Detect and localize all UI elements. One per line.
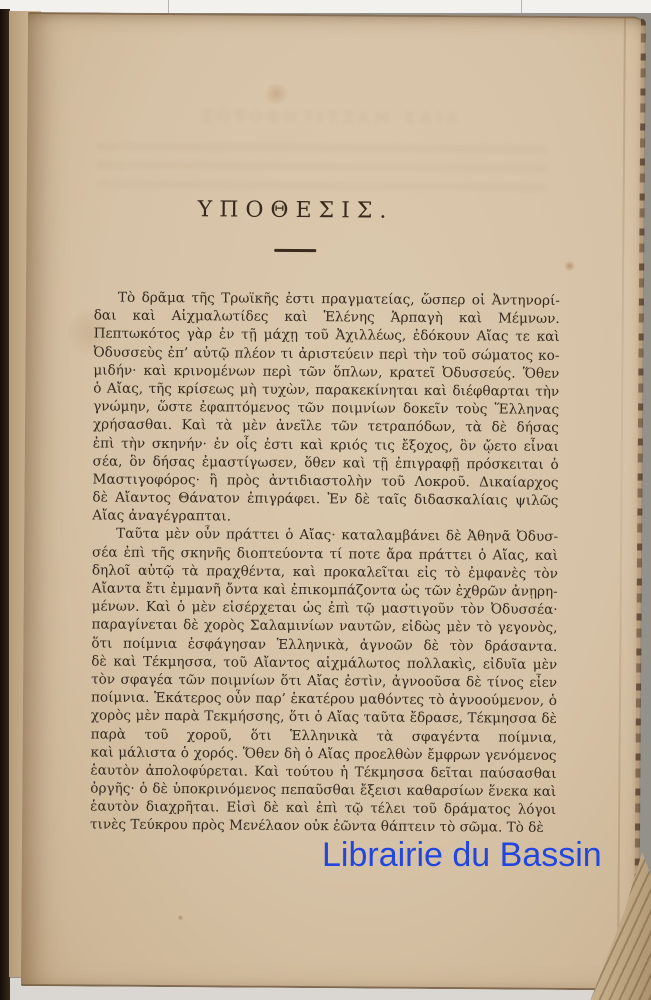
background-seam [168,0,169,13]
verso-show-through-paragraph [97,143,547,192]
paper-stain [262,84,290,104]
page-crease [617,18,626,988]
photo-background-top [0,0,651,13]
paper-stain [564,261,575,271]
text-line: τινὲς Τεύκρου πρὸς Μενέλαον οὐκ ἐῶντα θά… [90,816,556,838]
book-photo: ΑΙΑΣ ΜΑΣΤΙΓΟΦΟΡΟΣ ΥΠΟΘΕΣΙΣ. Τὸ δρᾶμα τῆς… [0,0,651,1000]
background-seam [521,0,522,13]
page-title: ΥΠΟΘΕΣΙΣ. [26,196,564,225]
bookseller-watermark: Librairie du Bassin [322,836,602,875]
paper-stain [177,915,183,920]
verso-show-through: ΑΙΑΣ ΜΑΣΤΙΓΟΦΟΡΟΣ [167,107,487,127]
body-text: Τὸ δρᾶμα τῆς Τρωϊκῆς ἐστι πραγματείας, ὥ… [90,288,560,837]
title-divider-rule [274,249,316,252]
